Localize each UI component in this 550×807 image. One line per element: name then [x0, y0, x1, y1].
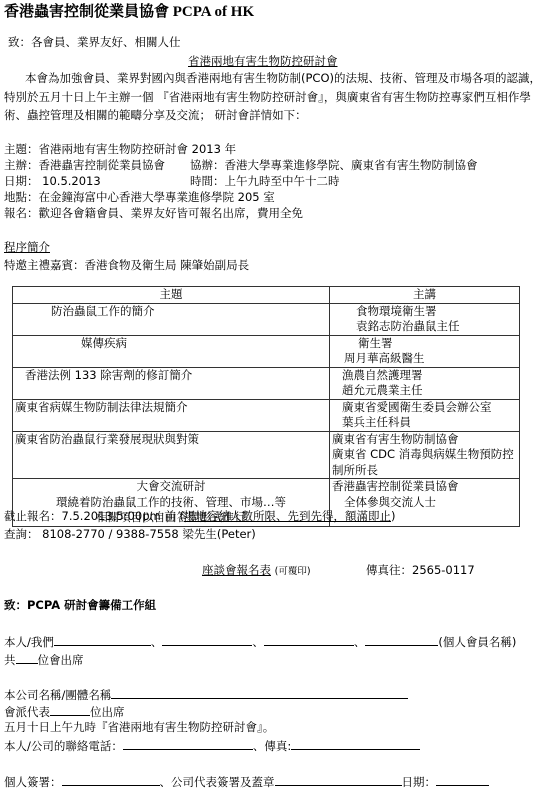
member-name-field-3[interactable]	[264, 633, 354, 646]
fax-number: 傳真往：2565-0117	[366, 563, 475, 578]
column-header-speaker: 主講	[330, 287, 520, 304]
form-recipient: 致：PCPA 研討會籌備工作組	[4, 598, 156, 613]
attend-suffix: 位會出席	[38, 653, 84, 667]
member-name-field-1[interactable]	[54, 633, 151, 646]
topic-detail: 環繞着防治蟲鼠工作的技術、管理、市場…等	[15, 495, 327, 511]
deadline-label: 截止報名：7.5.2013,5:00pm 前 (	[4, 509, 184, 523]
detail-time: 時間：上午九時至中午十二時	[190, 174, 340, 189]
detail-registration: 報名：歡迎各會籍會員、業界友好皆可報名出席，費用全免	[4, 206, 303, 221]
rep-prefix: 會派代表	[4, 705, 50, 719]
speaker-org: 漁農自然護理署	[342, 368, 517, 384]
rep-count-field[interactable]	[50, 703, 90, 716]
table-row: 防治蟲鼠工作的簡介 食物環境衛生署 袁銘志防治蟲鼠主任	[13, 303, 520, 335]
form-title-row: 座談會報名表 (可覆印)	[202, 563, 311, 579]
detail-theme: 主題：省港兩地有害生物防控研討會 2013 年	[4, 142, 236, 157]
intro-line-3: 術、蟲控管理及相關的範疇分享及交流； 研討會詳情如下：	[4, 108, 307, 123]
date-label: 日期：	[402, 775, 437, 789]
speaker-org: 廣東省愛國衛生委員会辦公室	[342, 400, 517, 416]
detail-venue: 地點：在金鐘海富中心香港大學專業進修學院 205 室	[4, 190, 275, 205]
members-row: 本人/我們、、、(個人會員名稱)	[4, 633, 516, 650]
detail-organizer: 主辦：香港蟲害控制從業員協會	[4, 158, 165, 173]
members-label: 本人/我們	[4, 635, 54, 649]
program-table: 主題 主講 防治蟲鼠工作的簡介 食物環境衛生署 袁銘志防治蟲鼠主任 媒傳疾病 衛…	[12, 286, 520, 527]
phone-field[interactable]	[123, 737, 253, 750]
table-header-row: 主題 主講	[13, 287, 520, 304]
speaker-org: 衛生署	[332, 336, 517, 352]
deadline: 截止報名：7.5.2013,5:00pm 前 (場地容納人數所限、先到先得，額滿…	[4, 509, 396, 524]
company-signature-field[interactable]	[275, 773, 402, 786]
separator: 、	[354, 635, 366, 649]
fax-field[interactable]	[291, 737, 420, 750]
representative-row: 會派代表位出席	[4, 703, 125, 720]
copyable-note: (可覆印)	[275, 566, 311, 577]
company-label: 本公司名稱/團體名稱	[4, 688, 111, 702]
attendee-count-field[interactable]	[16, 651, 38, 664]
member-name-field-4[interactable]	[365, 633, 438, 646]
speaker-name: 趙允元農業主任	[342, 383, 517, 399]
signature-row: 個人簽署：、公司代表簽署及蓋章日期：	[4, 773, 489, 790]
member-name-field-2[interactable]	[162, 633, 252, 646]
column-header-topic: 主題	[13, 287, 330, 304]
company-signature-label: 、公司代表簽署及蓋章	[160, 775, 275, 789]
attend-prefix: 共	[4, 653, 16, 667]
intro-line-2: 特別於五月十日上午主辦一個 『省港兩地有害生物防控研討會』，與廣東省有害生物防控…	[4, 90, 531, 105]
topic-text: 廣東省病媒生物防制法律法規簡介	[15, 400, 327, 416]
topic-text: 防治蟲鼠工作的簡介	[51, 304, 327, 320]
deadline-note: 場地容納人數所限、先到先得，額滿即止	[184, 509, 391, 523]
separator: 、	[151, 635, 163, 649]
speaker-name: 袁銘志防治蟲鼠主任	[356, 319, 517, 335]
detail-date: 日期： 10.5.2013	[4, 174, 101, 189]
special-guest: 特邀主禮嘉賓：香港食物及衛生局 陳肇始副局長	[4, 258, 249, 273]
speaker-name: 周月華高級醫生	[332, 351, 517, 367]
contact-row: 本人/公司的聯絡電話：、傳真:	[4, 737, 420, 754]
rep-suffix: 位出席	[90, 705, 125, 719]
event-title: 省港兩地有害生物防控研討會	[188, 54, 338, 69]
topic-text: 大會交流研討	[15, 479, 327, 495]
table-row: 廣東省防治蟲鼠行業發展現狀與對策 廣東省有害生物防制協會 廣東省 CDC 消毒與…	[13, 431, 520, 479]
detail-co-organizer: 協辦：香港大學專業進修學院、廣東省有害生物防制協會	[190, 158, 478, 173]
enquiry: 查詢： 8108-2770 / 9388-7558 梁先生(Peter)	[4, 527, 256, 542]
topic-text: 廣東省防治蟲鼠行業發展現狀與對策	[15, 432, 327, 448]
speaker-org: 食物環境衛生署	[356, 304, 517, 320]
speaker-name: 廣東省 CDC 消毒與病媒生物預防控制所所長	[332, 447, 517, 478]
event-line: 五月十日上午九時『省港兩地有害生物防控研討會』。	[4, 720, 274, 735]
members-suffix: (個人會員名稱)	[438, 635, 516, 649]
fax-label: 、傳真:	[253, 739, 291, 753]
topic-text: 香港法例 133 除害劑的修訂簡介	[25, 368, 327, 384]
deadline-close: )	[391, 509, 396, 523]
separator: 、	[252, 635, 264, 649]
company-row: 本公司名稱/團體名稱	[4, 686, 408, 703]
table-row: 媒傳疾病 衛生署 周月華高級醫生	[13, 335, 520, 367]
attendance-row: 共位會出席	[4, 651, 84, 668]
salutation: 致：各會員、業界友好、相關人仕	[8, 35, 181, 50]
program-heading: 程序簡介	[4, 240, 50, 255]
speaker-name: 全体參與交流人士	[332, 495, 517, 511]
company-name-field[interactable]	[111, 686, 408, 699]
form-title: 座談會報名表	[202, 563, 271, 577]
org-name: 香港蟲害控制從業員協會 PCPA of HK	[4, 5, 254, 20]
signature-label: 個人簽署：	[4, 775, 62, 789]
intro-line-1: 本會為加強會員、業界對國內與香港兩地有害生物防制(PCO)的法規、技術、管理及市…	[25, 71, 541, 86]
speaker-org: 廣東省有害生物防制協會	[332, 432, 517, 448]
date-field[interactable]	[436, 773, 489, 786]
phone-label: 本人/公司的聯絡電話：	[4, 739, 123, 753]
topic-text: 媒傳疾病	[81, 336, 327, 352]
table-row: 香港法例 133 除害劑的修訂簡介 漁農自然護理署 趙允元農業主任	[13, 367, 520, 399]
table-row: 廣東省病媒生物防制法律法規簡介 廣東省愛國衛生委員会辦公室 葉兵主任科員	[13, 399, 520, 431]
speaker-name: 葉兵主任科員	[342, 415, 517, 431]
speaker-org: 香港蟲害控制從業員協會	[332, 479, 517, 495]
personal-signature-field[interactable]	[62, 773, 160, 786]
